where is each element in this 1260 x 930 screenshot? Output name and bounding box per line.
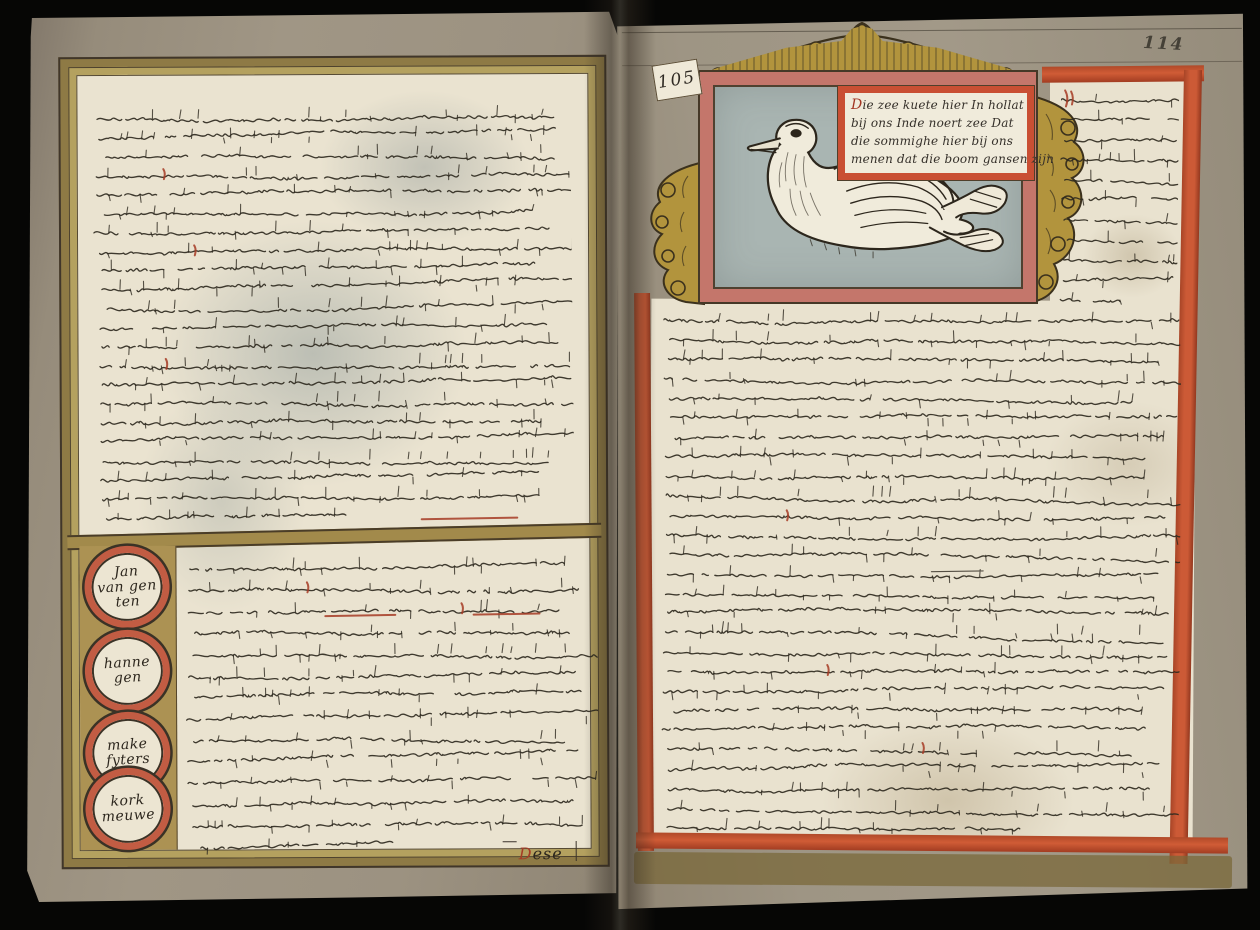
manuscript-left-page: Jan van gen ten hanne gen make fyters	[26, 10, 618, 902]
caption-text-line: Die zee kuete hier In hollat	[851, 96, 1021, 114]
right-column-text-block	[1059, 85, 1179, 310]
red-border-column-top	[1042, 65, 1204, 82]
manuscript-right-page: 114	[614, 12, 1248, 910]
bottom-olive-band	[634, 852, 1232, 888]
caption-text-line: die sommighe hier bij ons	[851, 132, 1021, 150]
catchword: Dese	[519, 844, 563, 863]
illustration-caption-box: Die zee kuete hier In hollat bij ons Ind…	[838, 86, 1034, 180]
left-margin-column: Jan van gen ten hanne gen make fyters	[79, 546, 177, 850]
margin-note-text: meuwe	[101, 807, 155, 825]
right-main-text-block	[661, 307, 1182, 836]
margin-note-text: gen	[114, 670, 143, 687]
margin-note-text: fyters	[106, 752, 151, 769]
gold-scroll-left	[644, 160, 706, 308]
left-page-olive-frame: Jan van gen ten hanne gen make fyters	[58, 55, 610, 869]
folio-number-ink-tag: 105	[651, 59, 702, 102]
caption-text-line: bij ons Inde noert zee Dat	[851, 114, 1021, 132]
folio-number-pencil: 114	[1142, 33, 1184, 55]
margin-note-text: ten	[115, 594, 140, 610]
left-page-olive-frame-inner: Jan van gen ten hanne gen make fyters	[68, 65, 599, 859]
left-lower-text-block	[185, 551, 600, 855]
left-page-writing-area: Jan van gen ten hanne gen make fyters	[76, 73, 591, 851]
margin-note-circle: hanne gen	[83, 628, 173, 715]
left-upper-text-block	[92, 100, 575, 525]
margin-note-circle: Jan van gen ten	[82, 544, 172, 631]
photograph-backdrop: Jan van gen ten hanne gen make fyters	[0, 0, 1260, 930]
caption-text-line: menen dat die boom gansen zijn	[851, 150, 1021, 168]
